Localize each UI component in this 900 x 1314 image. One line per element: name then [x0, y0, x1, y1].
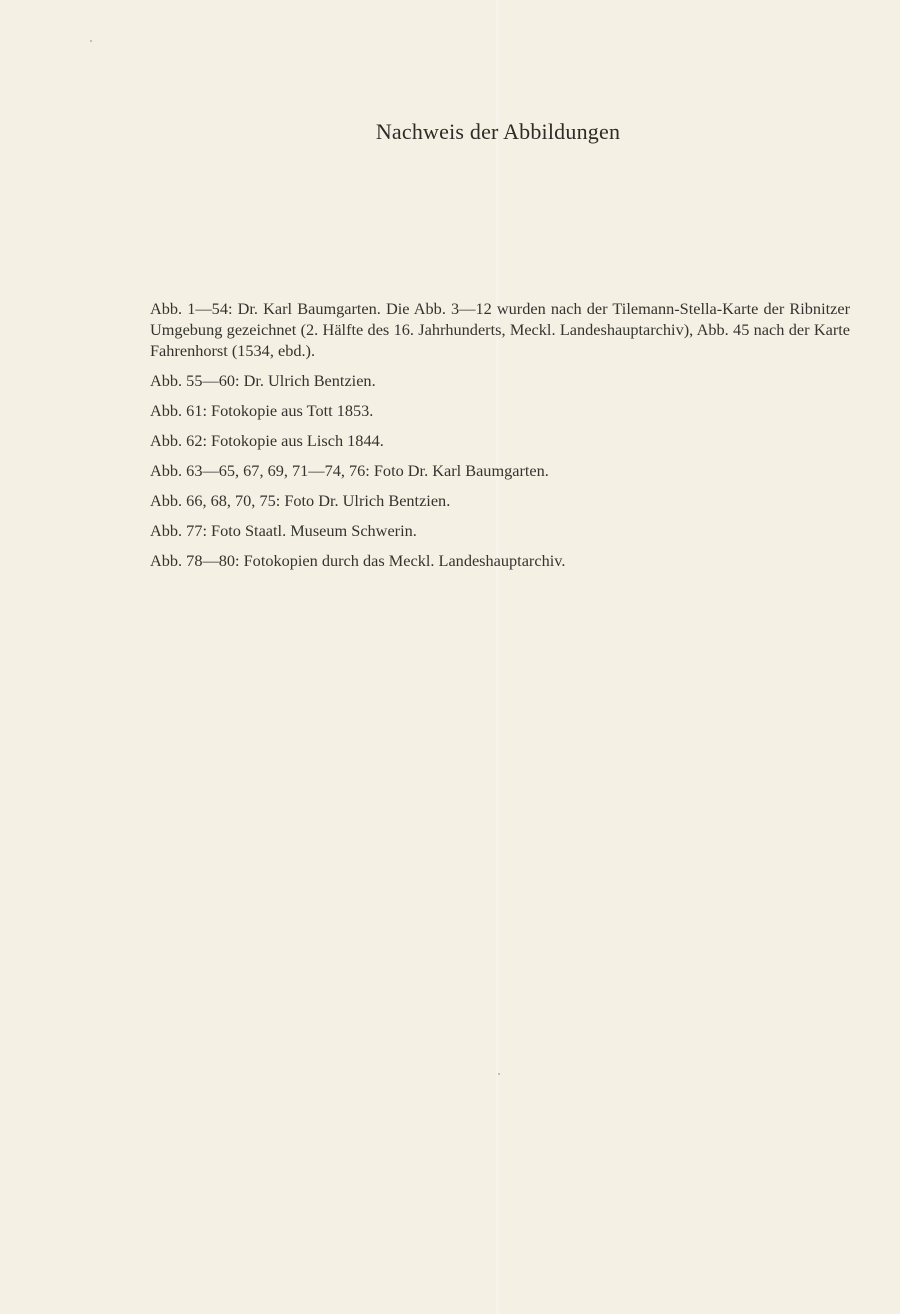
paper-speck — [90, 40, 92, 42]
credit-entry: Abb. 77: Foto Staatl. Museum Schwerin. — [150, 520, 850, 542]
credit-entry: Abb. 63—65, 67, 69, 71—74, 76: Foto Dr. … — [150, 460, 850, 482]
credit-entry: Abb. 66, 68, 70, 75: Foto Dr. Ulrich Ben… — [150, 490, 850, 512]
credit-entry: Abb. 78—80: Fotokopien durch das Meckl. … — [150, 550, 850, 572]
credit-entry: Abb. 1—54: Dr. Karl Baumgarten. Die Abb.… — [150, 298, 850, 361]
paper-speck — [498, 1073, 500, 1075]
credit-entry: Abb. 61: Fotokopie aus Tott 1853. — [150, 400, 850, 422]
credit-entry: Abb. 55—60: Dr. Ulrich Bentzien. — [150, 370, 850, 392]
document-page: Nachweis der Abbildungen Abb. 1—54: Dr. … — [0, 0, 900, 1314]
credit-entry: Abb. 62: Fotokopie aus Lisch 1844. — [150, 430, 850, 452]
page-title: Nachweis der Abbildungen — [0, 119, 900, 145]
figure-credits-list: Abb. 1—54: Dr. Karl Baumgarten. Die Abb.… — [150, 298, 850, 580]
